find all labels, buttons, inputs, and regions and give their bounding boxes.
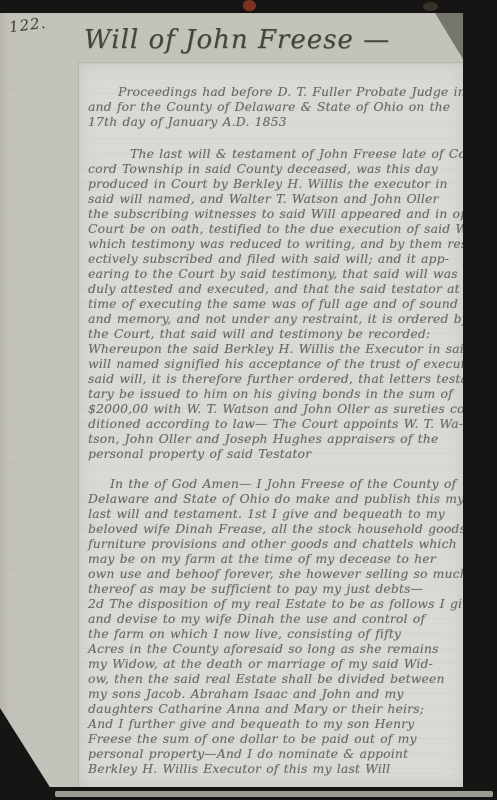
page-title: Will of John Freese — [84, 25, 390, 55]
text-line: duly attested and executed, and that the… [88, 282, 461, 297]
text-line: Berkley H. Willis Executor of this my la… [88, 762, 461, 777]
paragraph-will-text: In the of God Amen— I John Freese of the… [88, 477, 461, 777]
text-line: In the of God Amen— I John Freese of the… [88, 477, 461, 492]
page-number: 122. [8, 14, 47, 36]
text-line: said will, it is therefore further order… [88, 372, 461, 387]
text-line: and memory, and not under any restraint,… [88, 312, 461, 327]
text-line: Court be on oath, testified to the due e… [88, 222, 461, 237]
text-line: produced in Court by Berkley H. Willis t… [88, 177, 461, 192]
red-ink-stain [243, 0, 256, 11]
text-line: last will and testament. 1st I give and … [88, 507, 461, 522]
text-line: the farm on which I now live, consisting… [88, 627, 461, 642]
text-line: Proceedings had before D. T. Fuller Prob… [88, 85, 461, 100]
text-line: the Court, that said will and testimony … [88, 327, 461, 342]
text-line: thereof as may be sufficient to pay my j… [88, 582, 461, 597]
text-line: earing to the Court by said testimony, t… [88, 267, 461, 282]
text-line: 2d The disposition of my real Estate to … [88, 597, 461, 612]
text-line: The last will & testament of John Freese… [88, 147, 461, 162]
record-sheet: Proceedings had before D. T. Fuller Prob… [78, 62, 465, 789]
text-line: beloved wife Dinah Frease, all the stock… [88, 522, 461, 537]
text-line: And I further give and bequeath to my so… [88, 717, 461, 732]
text-line: tary be issued to him on his giving bond… [88, 387, 461, 402]
text-line: personal property of said Testator [88, 447, 461, 462]
text-line: my sons Jacob. Abraham Isaac and John an… [88, 687, 461, 702]
text-line: time of executing the same was of full a… [88, 297, 461, 312]
ledger-page: 122. Will of John Freese — Proceedings h… [0, 13, 465, 787]
text-line: Delaware and State of Ohio do make and p… [88, 492, 461, 507]
brown-smudge [423, 2, 438, 11]
text-line: which testimony was reduced to writing, … [88, 237, 461, 252]
text-line: said will named, and Walter T. Watson an… [88, 192, 461, 207]
text-line: Freese the sum of one dollar to be paid … [88, 732, 461, 747]
text-line: tson, John Oller and Joseph Hughes appra… [88, 432, 461, 447]
text-line: daughters Catharine Anna and Mary or the… [88, 702, 461, 717]
text-line: cord Township in said County deceased, w… [88, 162, 461, 177]
text-line: may be on my farm at the time of my dece… [88, 552, 461, 567]
text-line: and for the County of Delaware & State o… [88, 100, 461, 115]
paragraph-probate-record: The last will & testament of John Freese… [88, 147, 461, 462]
text-line: ditioned according to law— The Court app… [88, 417, 461, 432]
text-line: $2000,00 with W. T. Watson and John Olle… [88, 402, 461, 417]
text-line: own use and behoof forever, she however … [88, 567, 461, 582]
text-line: ectively subscribed and filed with said … [88, 252, 461, 267]
paragraph-proceedings-heading: Proceedings had before D. T. Fuller Prob… [88, 85, 461, 130]
table-edge-highlight [55, 791, 493, 797]
photo-edge-right [463, 0, 497, 800]
text-line: Acres in the County aforesaid so long as… [88, 642, 461, 657]
text-line: personal property—And I do nominate & ap… [88, 747, 461, 762]
text-line: furniture provisions and other goods and… [88, 537, 461, 552]
text-line: the subscribing witnesses to said Will a… [88, 207, 461, 222]
text-line: and devise to my wife Dinah the use and … [88, 612, 461, 627]
scanned-photo: 122. Will of John Freese — Proceedings h… [0, 0, 497, 800]
text-line: will named signified his acceptance of t… [88, 357, 461, 372]
text-line: my Widow, at the death or marriage of my… [88, 657, 461, 672]
text-line: ow, then the said real Estate shall be d… [88, 672, 461, 687]
text-line: 17th day of January A.D. 1853 [88, 115, 461, 130]
text-line: Whereupon the said Berkley H. Willis the… [88, 342, 461, 357]
